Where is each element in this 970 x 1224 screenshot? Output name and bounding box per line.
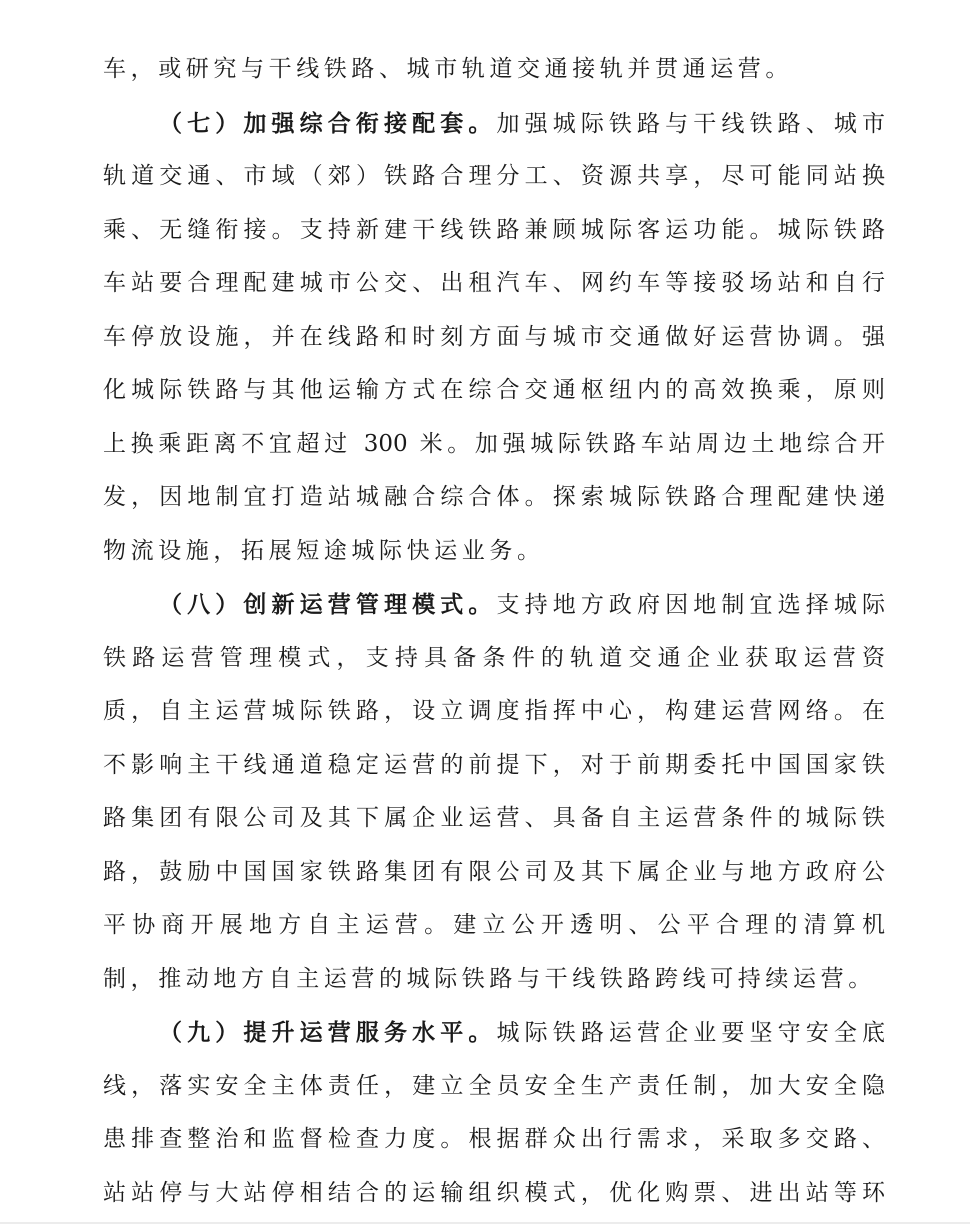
line-text: 路，鼓励中国国家铁路集团有限公司及其下属企业与地方政府公 [103, 859, 885, 885]
text-line: 路集团有限公司及其下属企业运营、具备自主运营条件的城际铁 [103, 792, 885, 846]
text-line: 站站停与大站停相结合的运输组织模式，优化购票、进出站等环 [103, 1167, 885, 1221]
line-text: 城际铁路运营企业要坚守安全底 [496, 1020, 885, 1046]
line-text: 制，推动地方自主运营的城际铁路与干线铁路跨线可持续运营。 [103, 966, 876, 992]
line-text: 车站要合理配建城市公交、出租汽车、网约车等接驳场站和自行 [103, 270, 885, 296]
text-line: 车，或研究与干线铁路、城市轨道交通接轨并贯通运营。 [103, 43, 885, 97]
section-heading-7: （七）加强综合衔接配套。 [159, 110, 496, 137]
line-text: 平协商开展地方自主运营。建立公开透明、公平合理的清算机 [103, 912, 885, 938]
text-line: 车停放设施，并在线路和时刻方面与城市交通做好运营协调。强 [103, 311, 885, 365]
text-line: 发，因地制宜打造站城融合综合体。探索城际铁路合理配建快递 [103, 471, 885, 525]
line-text: 不影响主干线通道稳定运营的前提下，对于前期委托中国国家铁 [103, 752, 885, 778]
line-text: 化城际铁路与其他运输方式在综合交通枢纽内的高效换乘，原则 [103, 377, 885, 403]
line-text: 路集团有限公司及其下属企业运营、具备自主运营条件的城际铁 [103, 805, 885, 831]
text-line: 不影响主干线通道稳定运营的前提下，对于前期委托中国国家铁 [103, 739, 885, 793]
document-body: 车，或研究与干线铁路、城市轨道交通接轨并贯通运营。 （七）加强综合衔接配套。加强… [103, 43, 885, 1220]
line-text: 上换乘距离不宜超过 300 米。加强城际铁路车站周边土地综合开 [103, 431, 885, 457]
text-line: 患排查整治和监督检查力度。根据群众出行需求，采取多交路、 [103, 1113, 885, 1167]
text-line: 化城际铁路与其他运输方式在综合交通枢纽内的高效换乘，原则 [103, 364, 885, 418]
text-line: 铁路运营管理模式，支持具备条件的轨道交通企业获取运营资 [103, 632, 885, 686]
section-heading-9: （九）提升运营服务水平。 [159, 1019, 496, 1046]
line-text: 发，因地制宜打造站城融合综合体。探索城际铁路合理配建快递 [103, 484, 885, 510]
line-text: 车，或研究与干线铁路、城市轨道交通接轨并贯通运营。 [103, 56, 793, 82]
text-line: 线，落实安全主体责任，建立全员安全生产责任制，加大安全隐 [103, 1060, 885, 1114]
text-line: 物流设施，拓展短途城际快运业务。 [103, 525, 885, 579]
text-line: 制，推动地方自主运营的城际铁路与干线铁路跨线可持续运营。 [103, 953, 885, 1007]
text-line: 质，自主运营城际铁路，设立调度指挥中心，构建运营网络。在 [103, 685, 885, 739]
line-text: 线，落实安全主体责任，建立全员安全生产责任制，加大安全隐 [103, 1073, 885, 1099]
line-text: 加强城际铁路与干线铁路、城市 [496, 111, 885, 137]
text-line: 车站要合理配建城市公交、出租汽车、网约车等接驳场站和自行 [103, 257, 885, 311]
line-text: 乘、无缝衔接。支持新建干线铁路兼顾城际客运功能。城际铁路 [103, 217, 885, 243]
line-text: 铁路运营管理模式，支持具备条件的轨道交通企业获取运营资 [103, 645, 885, 671]
text-line: 轨道交通、市域（郊）铁路合理分工、资源共享，尽可能同站换 [103, 150, 885, 204]
text-line: 路，鼓励中国国家铁路集团有限公司及其下属企业与地方政府公 [103, 846, 885, 900]
text-line: 上换乘距离不宜超过 300 米。加强城际铁路车站周边土地综合开 [103, 418, 885, 472]
line-text: 车停放设施，并在线路和时刻方面与城市交通做好运营协调。强 [103, 324, 885, 350]
line-text: 站站停与大站停相结合的运输组织模式，优化购票、进出站等环 [103, 1180, 885, 1206]
line-text: 物流设施，拓展短途城际快运业务。 [103, 538, 545, 564]
document-page: 车，或研究与干线铁路、城市轨道交通接轨并贯通运营。 （七）加强综合衔接配套。加强… [0, 0, 970, 1222]
line-text: 患排查整治和监督检查力度。根据群众出行需求，采取多交路、 [103, 1126, 885, 1152]
section-heading-line: （九）提升运营服务水平。城际铁路运营企业要坚守安全底 [103, 1006, 885, 1060]
text-line: 乘、无缝衔接。支持新建干线铁路兼顾城际客运功能。城际铁路 [103, 204, 885, 258]
section-heading-line: （七）加强综合衔接配套。加强城际铁路与干线铁路、城市 [103, 97, 885, 151]
section-heading-8: （八）创新运营管理模式。 [159, 591, 496, 618]
text-line: 平协商开展地方自主运营。建立公开透明、公平合理的清算机 [103, 899, 885, 953]
line-text: 轨道交通、市域（郊）铁路合理分工、资源共享，尽可能同站换 [103, 163, 885, 189]
line-text: 质，自主运营城际铁路，设立调度指挥中心，构建运营网络。在 [103, 698, 885, 724]
line-text: 支持地方政府因地制宜选择城际 [496, 592, 885, 618]
section-heading-line: （八）创新运营管理模式。支持地方政府因地制宜选择城际 [103, 578, 885, 632]
